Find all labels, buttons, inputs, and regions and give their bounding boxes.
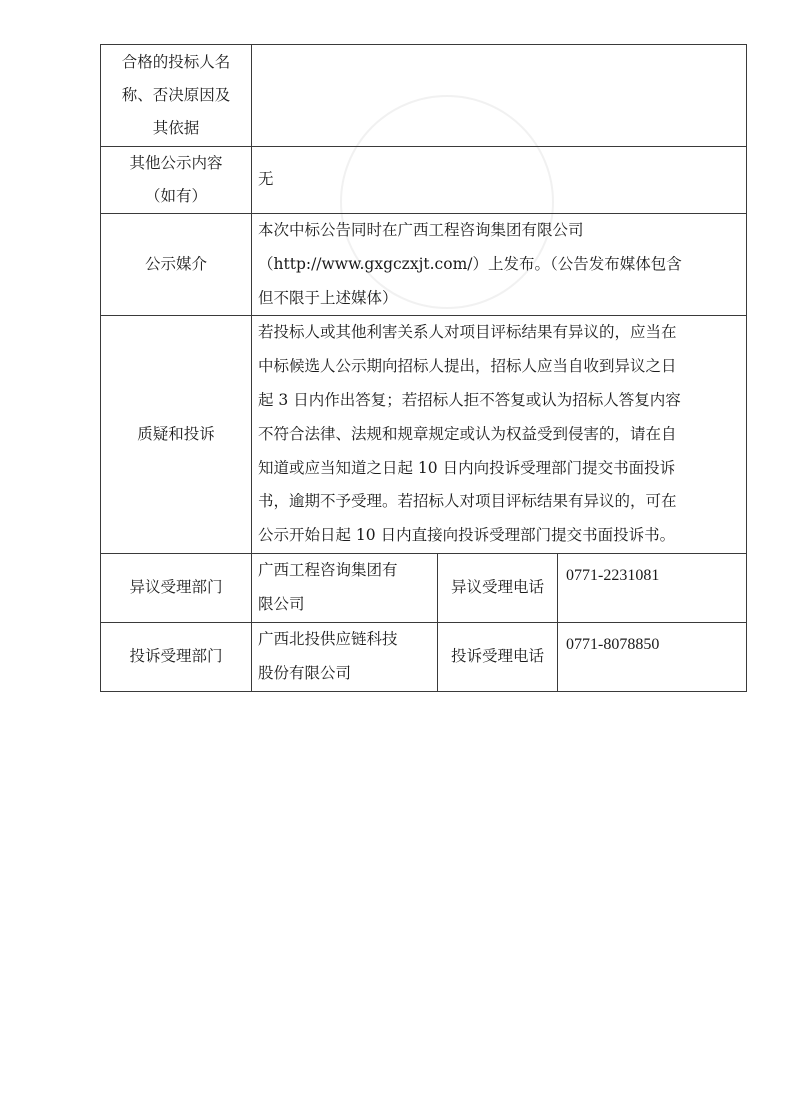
table-row-complaint-dept: 投诉受理部门 广西北投供应链科技 股份有限公司 投诉受理电话 0771-8078… bbox=[101, 622, 747, 691]
objection-dept-value: 广西工程咨询集团有 限公司 bbox=[252, 553, 438, 622]
document-page: 合格的投标人名 称、否决原因及 其依据 其他公示内容 （如有） 无 公示媒介 本… bbox=[0, 0, 800, 1107]
objection-dept-label: 异议受理部门 bbox=[101, 553, 252, 622]
table-row-qualified-bidders: 合格的投标人名 称、否决原因及 其依据 bbox=[101, 45, 747, 147]
complaint-dept-label: 投诉受理部门 bbox=[101, 622, 252, 691]
qualified-bidders-label: 合格的投标人名 称、否决原因及 其依据 bbox=[101, 45, 252, 147]
table-row-objection-complaint: 质疑和投诉 若投标人或其他利害关系人对项目评标结果有异议的，应当在 中标候选人公… bbox=[101, 316, 747, 554]
table-row-publication-media: 公示媒介 本次中标公告同时在广西工程咨询集团有限公司 （http://www.g… bbox=[101, 214, 747, 316]
bid-result-notice-table: 合格的投标人名 称、否决原因及 其依据 其他公示内容 （如有） 无 公示媒介 本… bbox=[100, 44, 747, 692]
other-content-label: 其他公示内容 （如有） bbox=[101, 147, 252, 214]
qualified-bidders-value bbox=[252, 45, 747, 147]
publication-url-line[interactable]: （http://www.gxgczxjt.com/）上发布。（公告发布媒体包含 bbox=[258, 248, 740, 282]
objection-complaint-value: 若投标人或其他利害关系人对项目评标结果有异议的，应当在 中标候选人公示期向招标人… bbox=[252, 316, 747, 554]
objection-phone-label: 异议受理电话 bbox=[438, 553, 558, 622]
table-row-objection-dept: 异议受理部门 广西工程咨询集团有 限公司 异议受理电话 0771-2231081 bbox=[101, 553, 747, 622]
table-row-other-content: 其他公示内容 （如有） 无 bbox=[101, 147, 747, 214]
objection-complaint-label: 质疑和投诉 bbox=[101, 316, 252, 554]
complaint-dept-value: 广西北投供应链科技 股份有限公司 bbox=[252, 622, 438, 691]
complaint-phone-label: 投诉受理电话 bbox=[438, 622, 558, 691]
publication-media-value: 本次中标公告同时在广西工程咨询集团有限公司 （http://www.gxgczx… bbox=[252, 214, 747, 316]
objection-phone-value: 0771-2231081 bbox=[558, 553, 747, 622]
publication-media-label: 公示媒介 bbox=[101, 214, 252, 316]
complaint-phone-value: 0771-8078850 bbox=[558, 622, 747, 691]
other-content-value: 无 bbox=[252, 147, 747, 214]
